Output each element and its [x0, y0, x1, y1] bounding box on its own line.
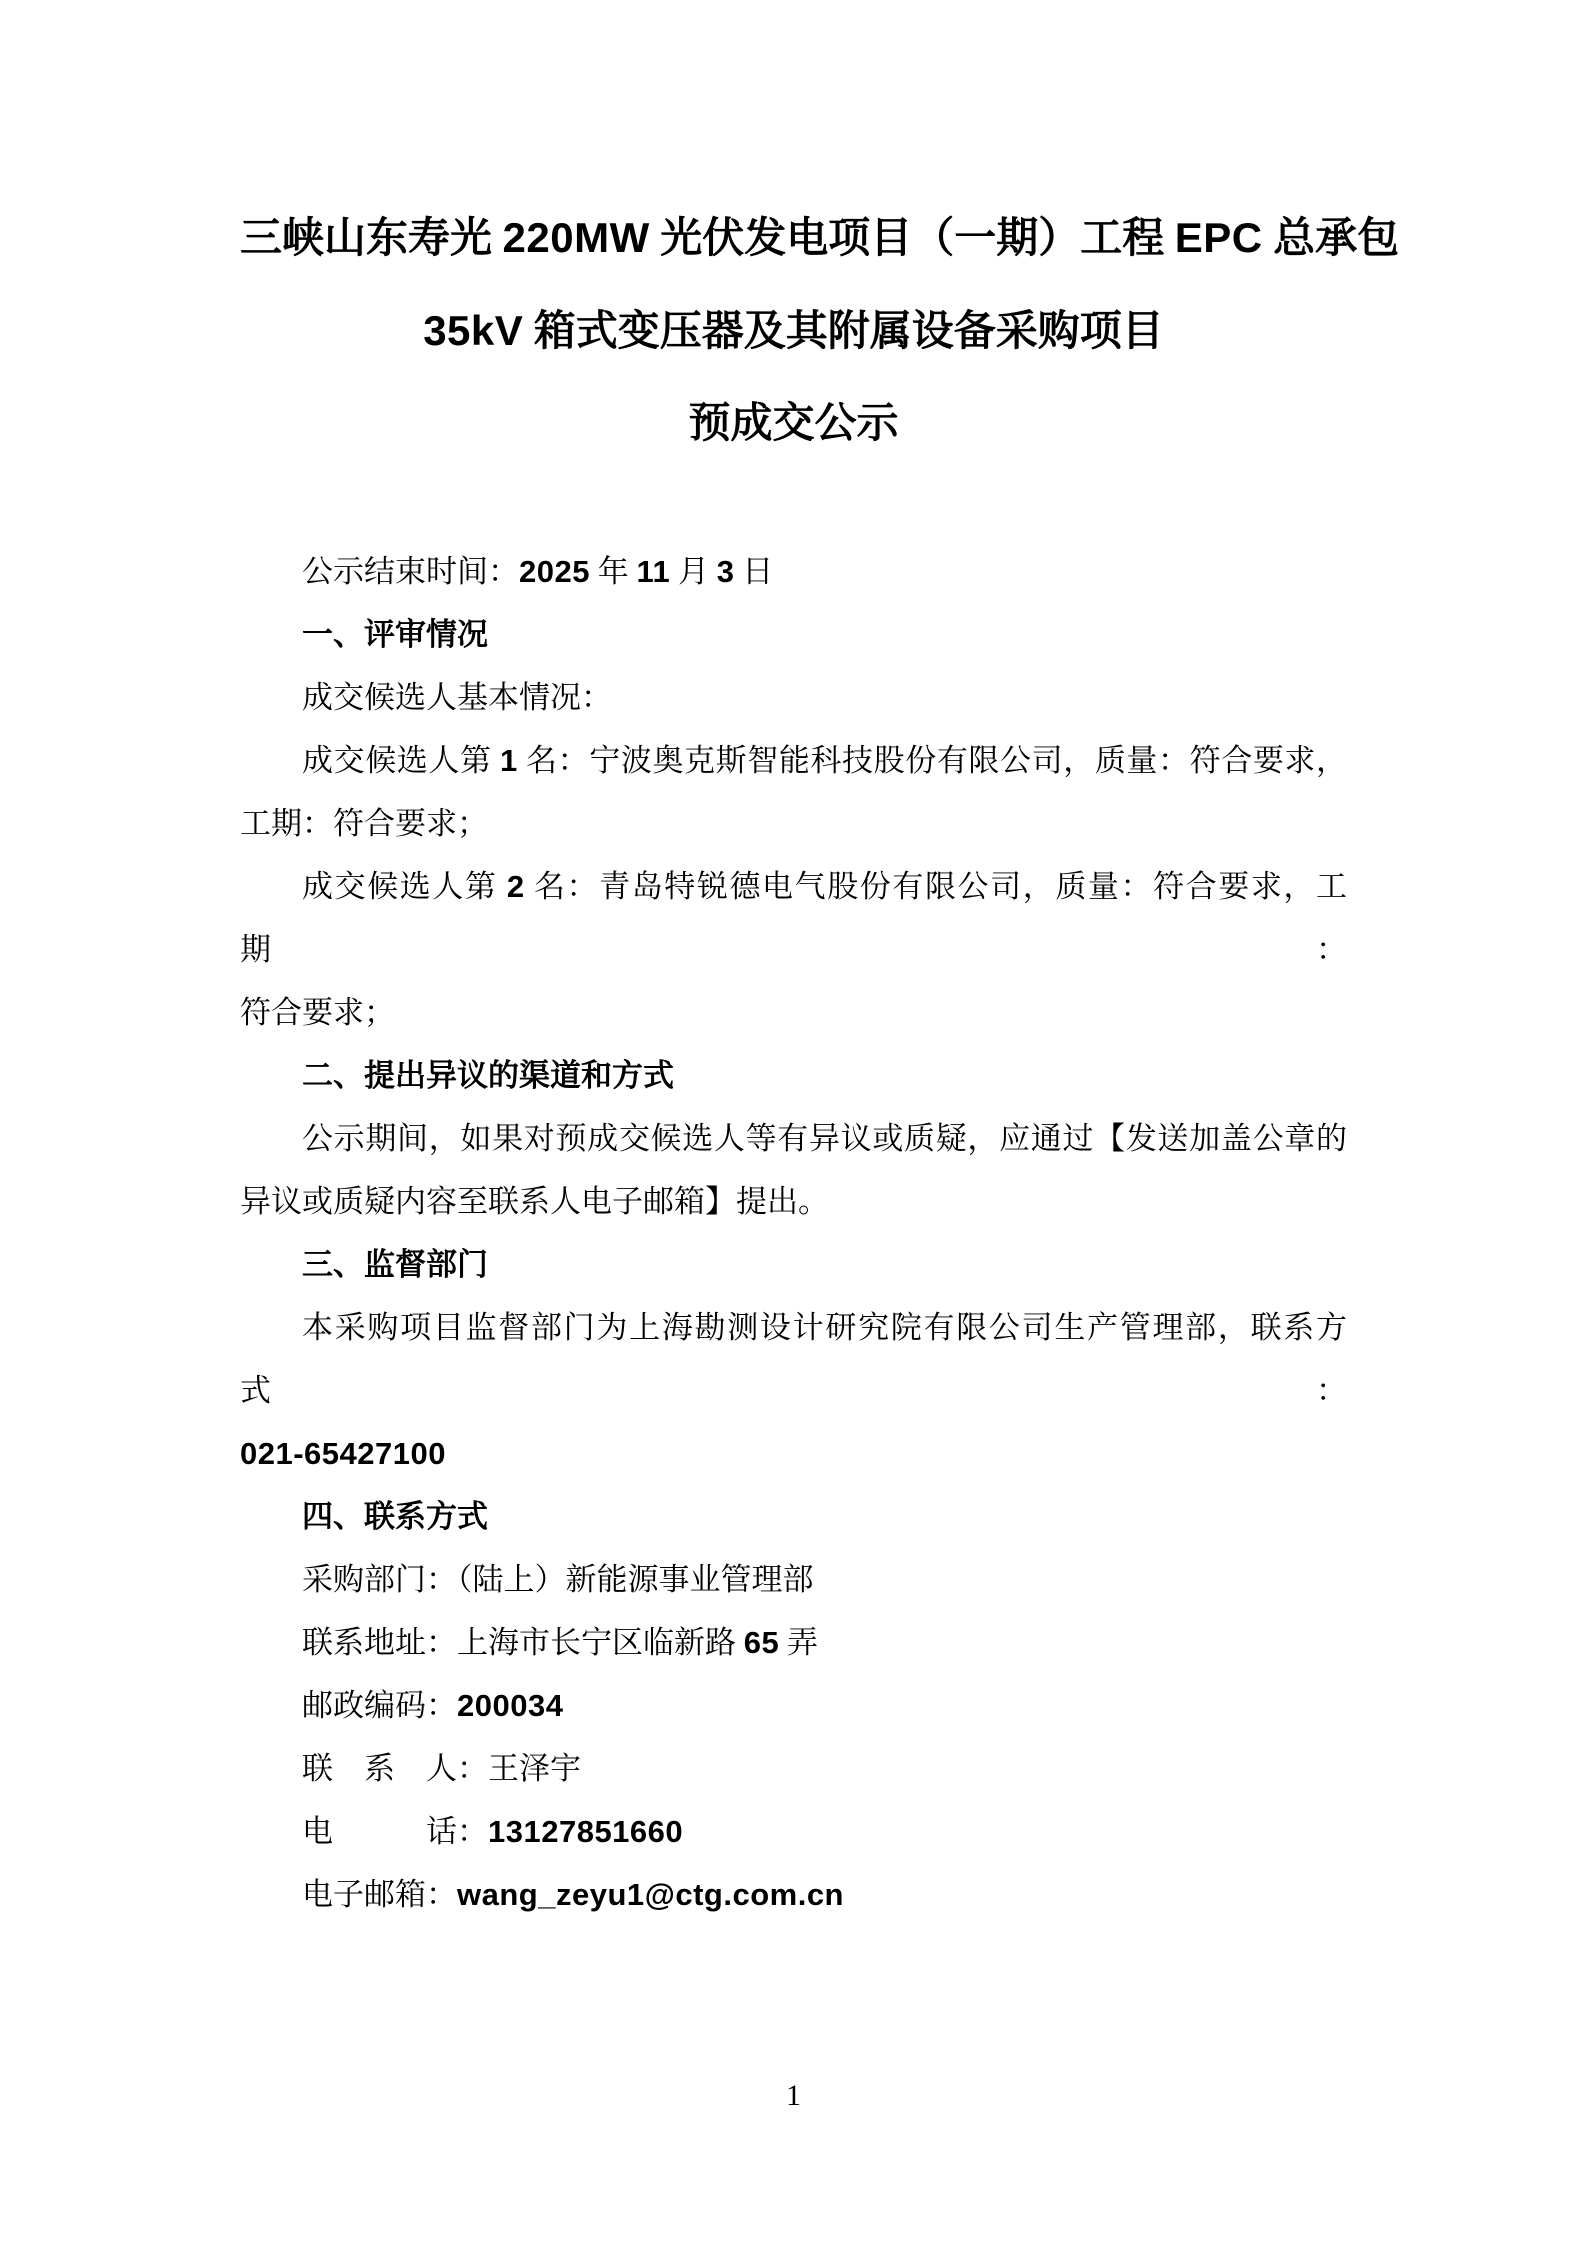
latin-text: 35kV	[423, 307, 523, 354]
latin-text: 1	[500, 743, 518, 778]
latin-text: 200034	[457, 1688, 563, 1723]
latin-text: wang_zeyu1@ctg.com.cn	[457, 1877, 844, 1912]
paragraph-line: 公示期间，如果对预成交候选人等有异议或质疑，应通过【发送加盖公章的	[240, 1107, 1347, 1170]
latin-text: 2	[507, 869, 525, 904]
document-page: 三峡山东寿光 220MW 光伏发电项目（一期）工程 EPC 总承包 35kV 箱…	[0, 0, 1587, 2245]
page-number: 1	[786, 2079, 801, 2112]
paragraph-line: 异议或质疑内容至联系人电子邮箱】提出。	[240, 1170, 1347, 1233]
paragraph-line: 工期：符合要求；	[240, 792, 1347, 855]
section-heading: 二、提出异议的渠道和方式	[240, 1044, 1347, 1107]
latin-text: 2025	[519, 554, 590, 589]
latin-text: 3	[717, 554, 735, 589]
latin-text: 13127851660	[488, 1814, 683, 1849]
latin-text: 021-65427100	[240, 1436, 446, 1471]
title-line-1: 三峡山东寿光 220MW 光伏发电项目（一期）工程 EPC 总承包	[240, 192, 1347, 285]
document-body: 公示结束时间：2025 年 11 月 3 日一、评审情况成交候选人基本情况：成交…	[240, 540, 1347, 1926]
page-footer: 1	[240, 2078, 1347, 2114]
paragraph-line: 联系地址：上海市长宁区临新路 65 弄	[240, 1611, 1347, 1674]
paragraph-line: 电子邮箱：wang_zeyu1@ctg.com.cn	[240, 1863, 1347, 1926]
paragraph-line: 采购部门：（陆上）新能源事业管理部	[240, 1548, 1347, 1611]
paragraph-line: 成交候选人第 1 名：宁波奥克斯智能科技股份有限公司，质量：符合要求，	[240, 729, 1347, 792]
document-title: 三峡山东寿光 220MW 光伏发电项目（一期）工程 EPC 总承包 35kV 箱…	[240, 192, 1347, 470]
paragraph-line: 符合要求；	[240, 981, 1347, 1044]
section-heading: 三、监督部门	[240, 1233, 1347, 1296]
latin-text: 65	[744, 1625, 779, 1660]
paragraph-line: 联 系 人：王泽宇	[240, 1737, 1347, 1800]
paragraph-line: 公示结束时间：2025 年 11 月 3 日	[240, 540, 1347, 603]
paragraph-line: 电 话：13127851660	[240, 1800, 1347, 1863]
latin-text: 11	[636, 554, 670, 589]
latin-text: 220MW	[503, 214, 650, 261]
title-line-3: 预成交公示	[240, 378, 1347, 470]
paragraph-line: 邮政编码：200034	[240, 1674, 1347, 1737]
title-line-2: 35kV 箱式变压器及其附属设备采购项目	[240, 285, 1347, 378]
paragraph-line: 本采购项目监督部门为上海勘测设计研究院有限公司生产管理部，联系方式：	[240, 1296, 1347, 1422]
section-heading: 四、联系方式	[240, 1485, 1347, 1548]
paragraph-line: 成交候选人第 2 名：青岛特锐德电气股份有限公司，质量：符合要求，工期：	[240, 855, 1347, 981]
section-heading: 一、评审情况	[240, 603, 1347, 666]
paragraph-line: 成交候选人基本情况：	[240, 666, 1347, 729]
paragraph-line: 021-65427100	[240, 1422, 1347, 1485]
latin-text: EPC	[1175, 214, 1263, 261]
